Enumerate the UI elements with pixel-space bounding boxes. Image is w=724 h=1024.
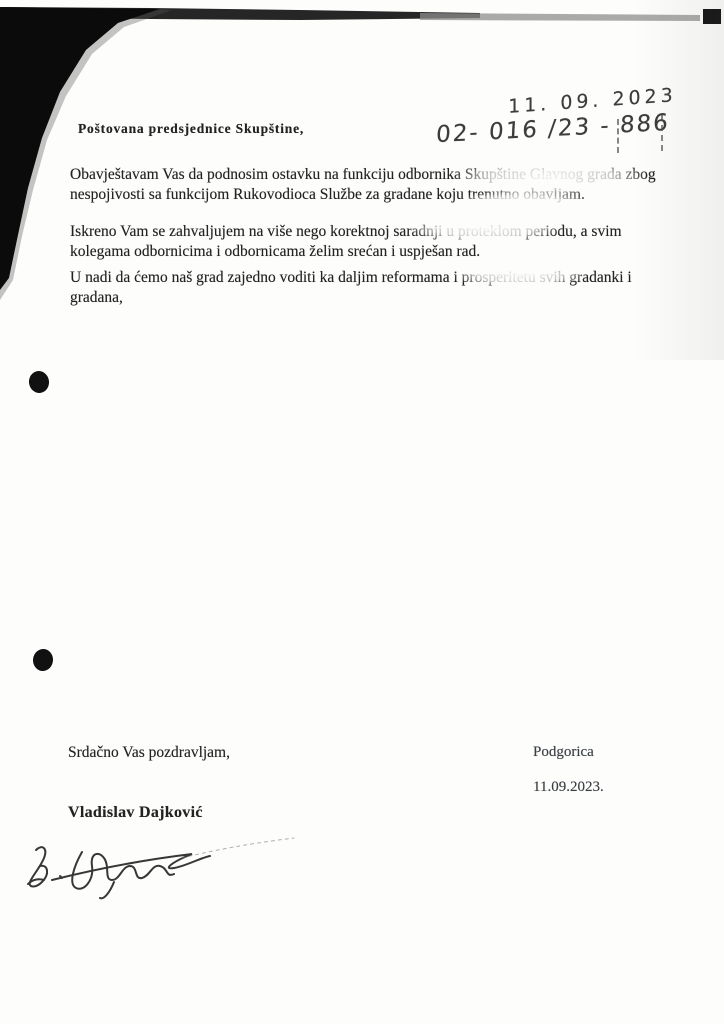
scan-top-strip-fade (420, 13, 700, 21)
punch-hole-dot-1 (28, 370, 51, 395)
place-line: Podgorica (533, 744, 594, 761)
date-line: 11.09.2023. (533, 779, 604, 796)
closing-line: Srdačno Vas pozdravljam, (68, 744, 230, 762)
paragraph-2: Iskreno Vam se zahvaljujem na više nego … (70, 222, 666, 262)
stamp-handwritten-number: 02- 016 /23 - 886 (435, 110, 670, 148)
stamp-dashed-line-2 (661, 115, 663, 151)
scan-corner-square (703, 9, 721, 24)
signature-scribble (22, 822, 302, 902)
paragraph-3: U nadi da ćemo naš grad zajedno voditi k… (70, 268, 666, 308)
paragraph-1: Obavještavam Vas da podnosim ostavku na … (70, 165, 666, 205)
salutation: Poštovana predsjednice Skupštine, (78, 121, 304, 137)
punch-hole-dot-2 (32, 648, 54, 672)
signer-name: Vladislav Dajković (68, 804, 203, 822)
scan-top-strip (0, 7, 480, 20)
stamp-dashed-line-1 (617, 119, 619, 153)
scanned-letter-page: 11. 09. 2023 02- 016 /23 - 886 Poštovana… (0, 0, 724, 1024)
